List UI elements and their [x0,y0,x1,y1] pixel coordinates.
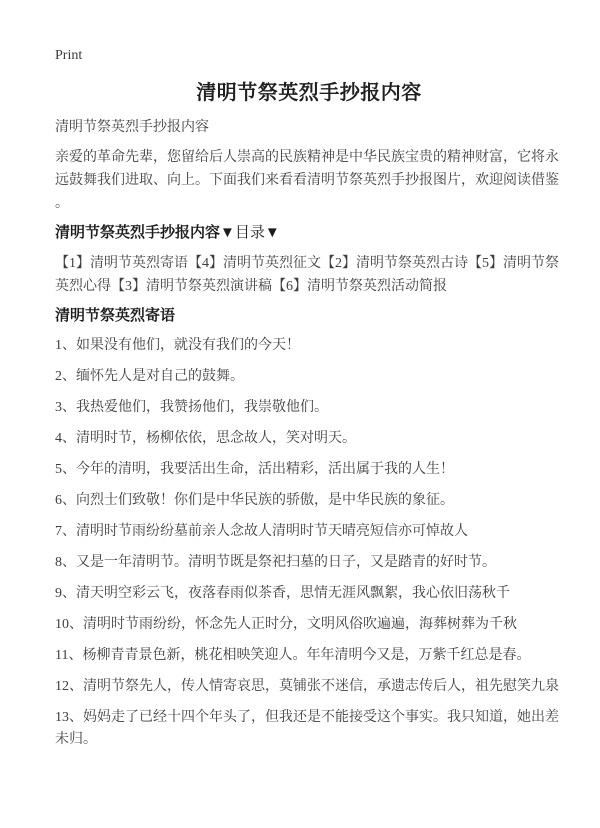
list-item: 3、我热爱他们，我赞扬他们，我崇敬他们。 [55,397,563,419]
list-item: 7、清明时节雨纷纷墓前亲人念故人清明时节天晴亮短信亦可悼故人 [55,521,563,543]
list-item: 9、清天明空彩云飞，夜落春雨似茶香，思情无涯风飘絮，我心依旧荡秋千 [55,583,563,605]
list-item: 2、缅怀先人是对自己的鼓舞。 [55,366,563,388]
message-list: 1、如果没有他们，就没有我们的今天！ 2、缅怀先人是对自己的鼓舞。 3、我热爱他… [55,335,563,751]
list-item: 1、如果没有他们，就没有我们的今天！ [55,335,563,357]
list-item: 6、向烈士们致敬！你们是中华民族的骄傲，是中华民族的象征。 [55,490,563,512]
list-item: 10、清明时节雨纷纷，怀念先人正时分，文明风俗吹遍遍，海葬树葬为千秋 [55,614,563,636]
print-link[interactable]: Print [55,48,82,64]
list-item: 4、清明时节，杨柳依依，思念故人，笑对明天。 [55,428,563,450]
toc-heading: 清明节祭英烈手抄报内容▼目录▼ [55,223,563,243]
article-subtitle: 清明节祭英烈手抄报内容 [55,118,563,137]
toc-heading-title: 清明节祭英烈手抄报内容 [55,225,220,241]
page-title: 清明节祭英烈手抄报内容 [55,80,563,106]
list-item: 5、今年的清明，我要活出生命，活出精彩，活出属于我的人生！ [55,459,563,481]
section-heading: 清明节祭英烈寄语 [55,306,563,326]
print-preview-page: Print 清明节祭英烈手抄报内容 清明节祭英烈手抄报内容 亲爱的革命先辈，您留… [0,0,600,828]
toc-heading-marker: ▼目录▼ [220,225,280,241]
list-item: 11、杨柳青青景色新，桃花相映笑迎人。年年清明今又是，万紫千红总是春。 [55,645,563,667]
intro-paragraph: 亲爱的革命先辈，您留给后人崇高的民族精神是中华民族宝贵的精神财富，它将永远鼓舞我… [55,146,563,215]
list-item: 8、又是一年清明节。清明节既是祭祀扫墓的日子，又是踏青的好时节。 [55,552,563,574]
list-item: 12、清明节祭先人，传人情寄哀思，莫铺张不迷信，承遗志传后人，祖先慰笑九泉 [55,676,563,698]
list-item: 13、妈妈走了已经十四个年头了，但我还是不能接受这个事实。我只知道，她出差未归。 [55,707,563,751]
toc-items-line: 【1】清明节英烈寄语【4】清明节英烈征文【2】清明节祭英烈古诗【5】清明节祭英烈… [55,252,563,298]
